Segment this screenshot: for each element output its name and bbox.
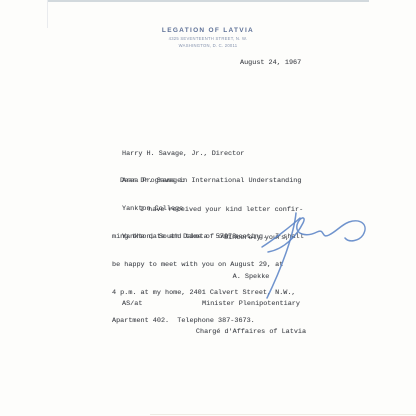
salutation: Dear Dr. Savage:: [120, 177, 185, 186]
letter-page: LEGATION OF LATVIA 4325 SEVENTEENTH STRE…: [0, 0, 416, 416]
letterhead-address-line1: 4325 SEVENTEENTH STREET, N. W.: [0, 36, 416, 41]
recipient-line: Harry H. Savage, Jr., Director: [122, 150, 301, 159]
scan-bottom-edge-artifact: [150, 414, 416, 415]
signer-title-line2: Chargé d'Affaires of Latvia: [170, 328, 332, 337]
signature-block: A. Spekke Minister Plenipotentiary Charg…: [170, 254, 332, 356]
signer-title-line1: Minister Plenipotentiary: [170, 300, 332, 309]
reference-initials: AS/at: [122, 300, 142, 309]
letterhead: LEGATION OF LATVIA 4325 SEVENTEENTH STRE…: [0, 27, 416, 48]
signer-name: A. Spekke: [170, 273, 332, 282]
letterhead-address-line2: WASHINGTON, D. C. 20011: [0, 43, 416, 48]
letterhead-org-name: LEGATION OF LATVIA: [0, 27, 416, 34]
date-line: August 24, 1967: [240, 59, 301, 68]
scan-left-edge-artifact: [47, 0, 48, 28]
scan-top-edge-artifact: [48, 0, 369, 2]
